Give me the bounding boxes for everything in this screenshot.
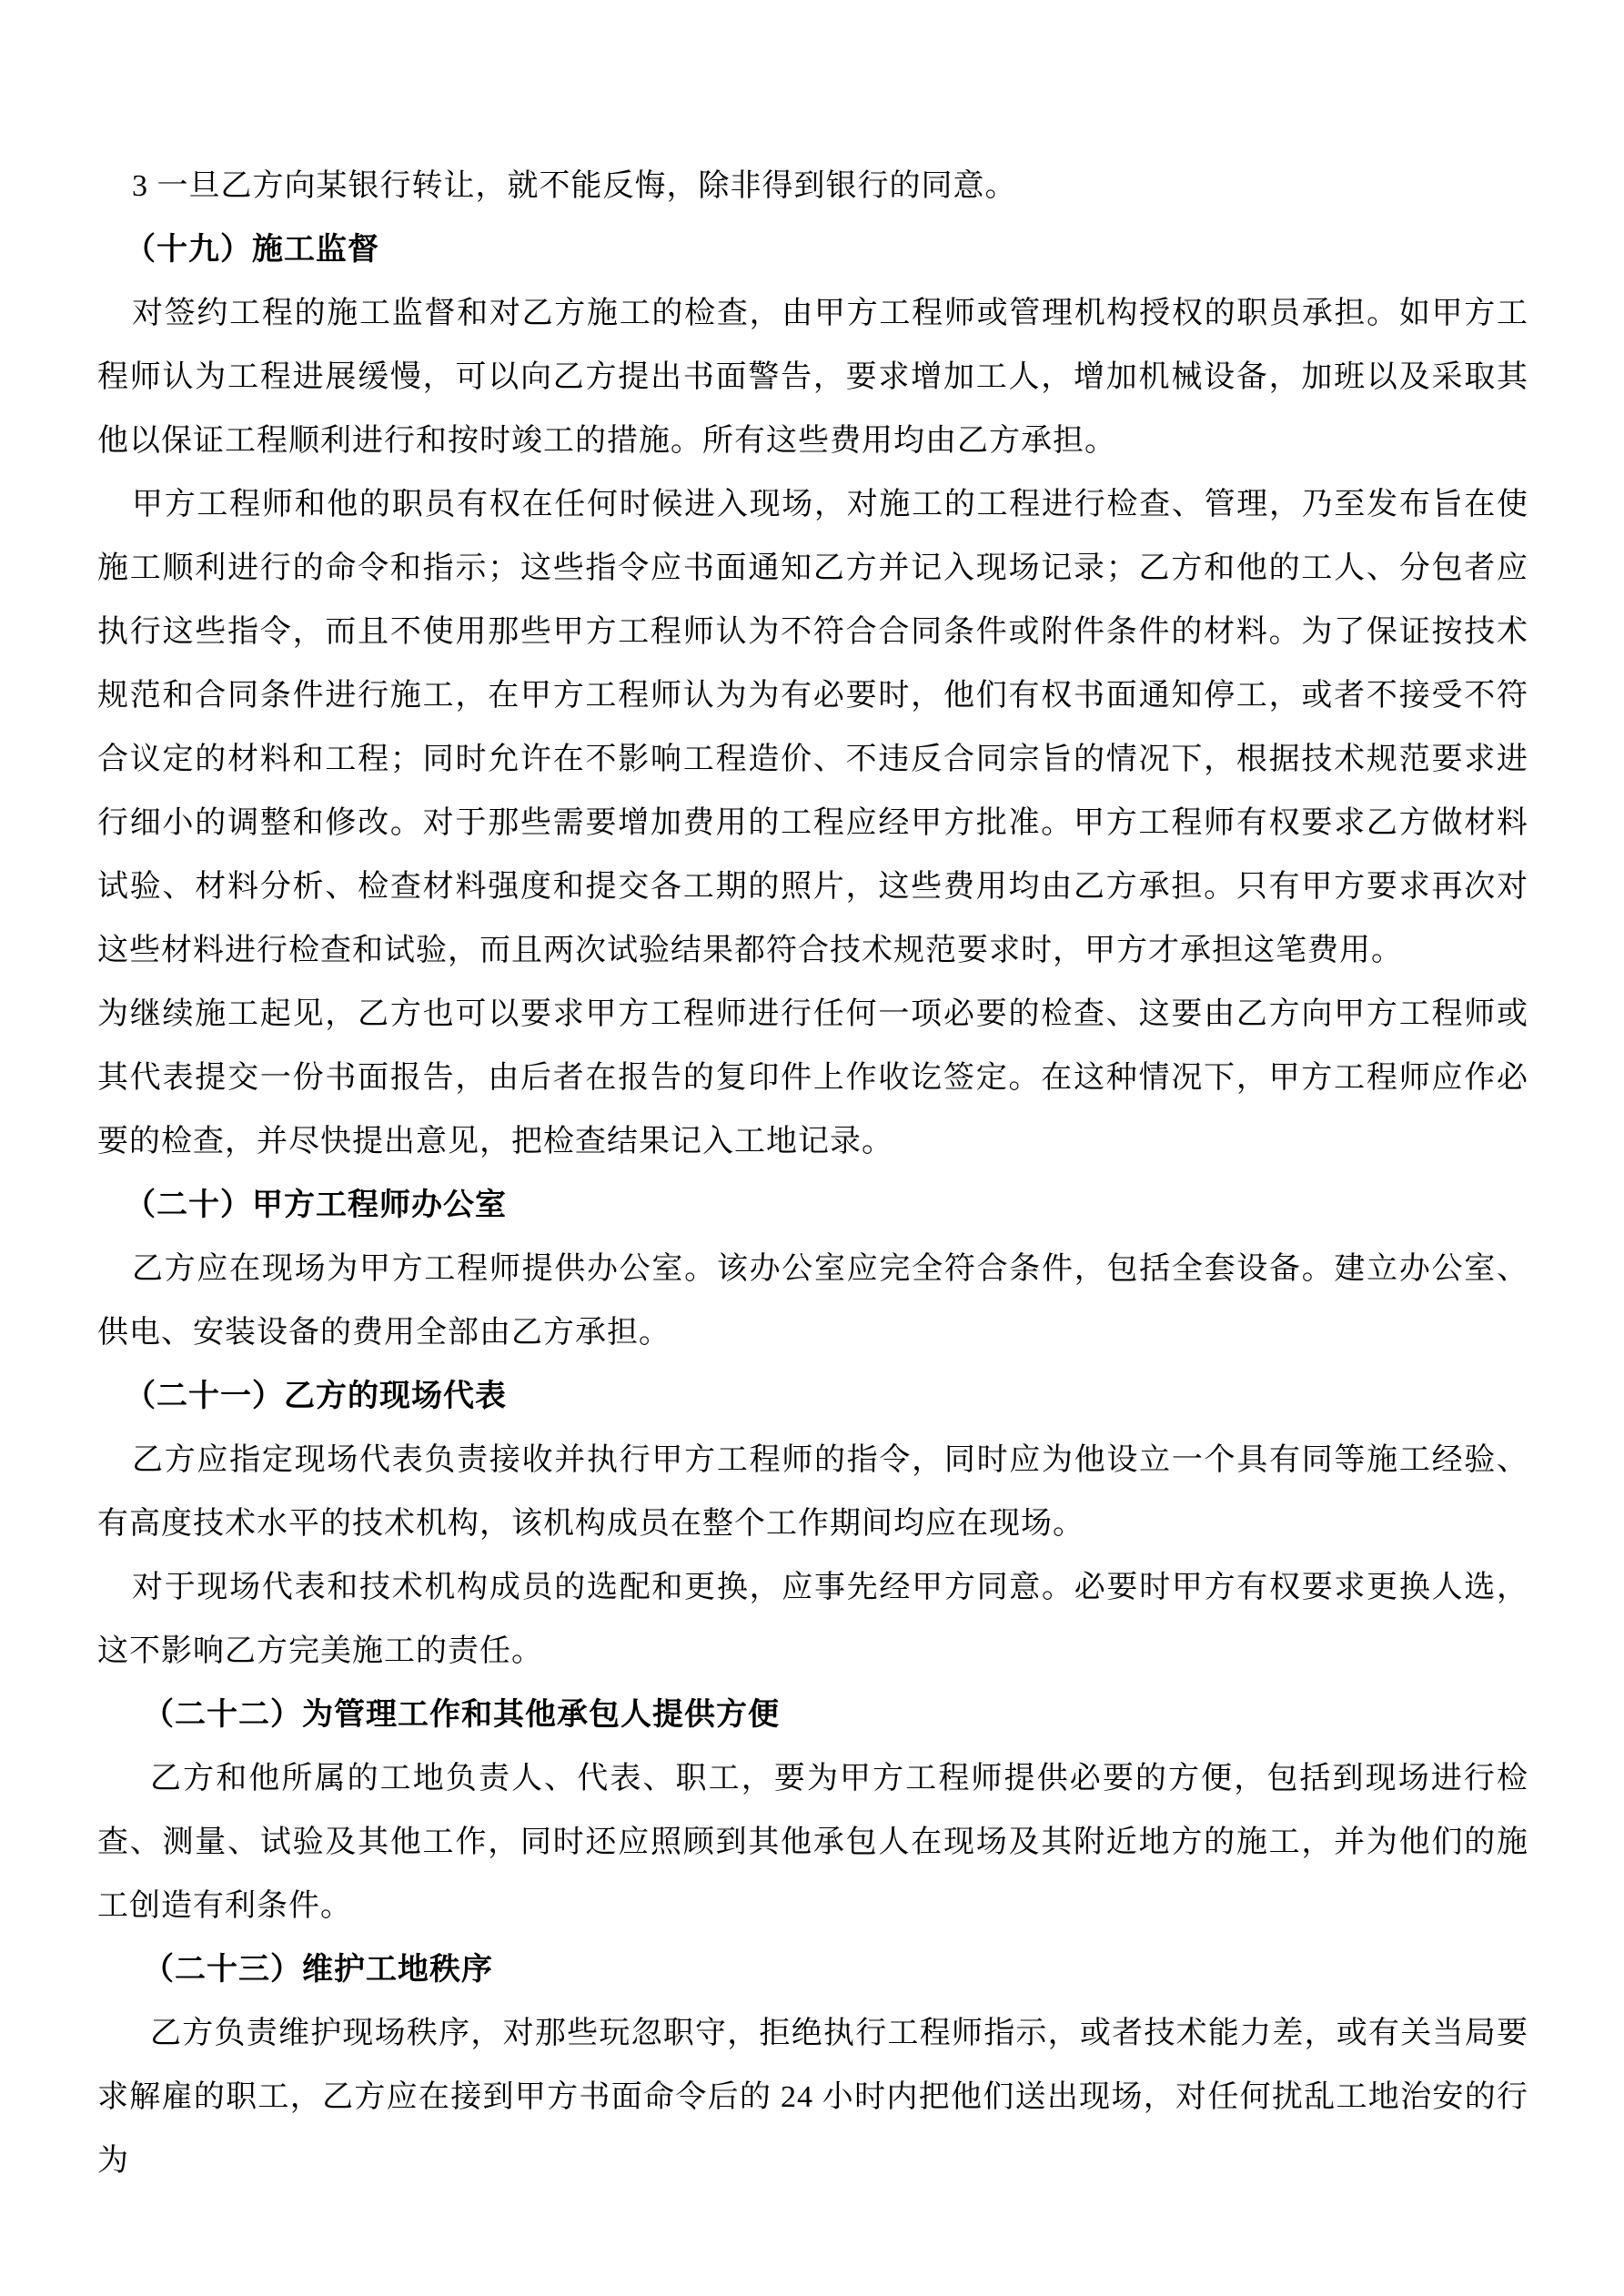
contract-document-page: 3 一旦乙方向某银行转让，就不能反悔，除非得到银行的同意。 （十九）施工监督 对…: [0, 0, 1624, 2296]
clause-20-para-1: 乙方应在现场为甲方工程师提供办公室。该办公室应完全符合条件，包括全套设备。建立办…: [97, 1238, 1528, 1365]
clause-19-para-1: 对签约工程的施工监督和对乙方施工的检查，由甲方工程师或管理机构授权的职员承担。如…: [97, 282, 1528, 473]
heading-section-19: （十九）施工监督: [97, 218, 1528, 282]
clause-23-para-1: 乙方负责维护现场秩序，对那些玩忽职守，拒绝执行工程师指示，或者技术能力差，或有关…: [97, 2002, 1528, 2193]
heading-section-20: （二十）甲方工程师办公室: [97, 1174, 1528, 1238]
heading-section-21: （二十一）乙方的现场代表: [97, 1365, 1528, 1429]
heading-section-23: （二十三）维护工地秩序: [97, 1938, 1528, 2002]
clause-19-para-2: 甲方工程师和他的职员有权在任何时候进入现场，对施工的工程进行检查、管理，乃至发布…: [97, 473, 1528, 983]
clause-18-item-3: 3 一旦乙方向某银行转让，就不能反悔，除非得到银行的同意。: [97, 155, 1528, 218]
clause-22-para-1: 乙方和他所属的工地负责人、代表、职工，要为甲方工程师提供必要的方便，包括到现场进…: [97, 1747, 1528, 1938]
clause-19-para-3: 为继续施工起见，乙方也可以要求甲方工程师进行任何一项必要的检查、这要由乙方向甲方…: [97, 983, 1528, 1174]
clause-21-para-1: 乙方应指定现场代表负责接收并执行甲方工程师的指令，同时应为他设立一个具有同等施工…: [97, 1429, 1528, 1556]
heading-section-22: （二十二）为管理工作和其他承包人提供方便: [97, 1684, 1528, 1747]
clause-21-para-2: 对于现场代表和技术机构成员的选配和更换，应事先经甲方同意。必要时甲方有权要求更换…: [97, 1556, 1528, 1684]
